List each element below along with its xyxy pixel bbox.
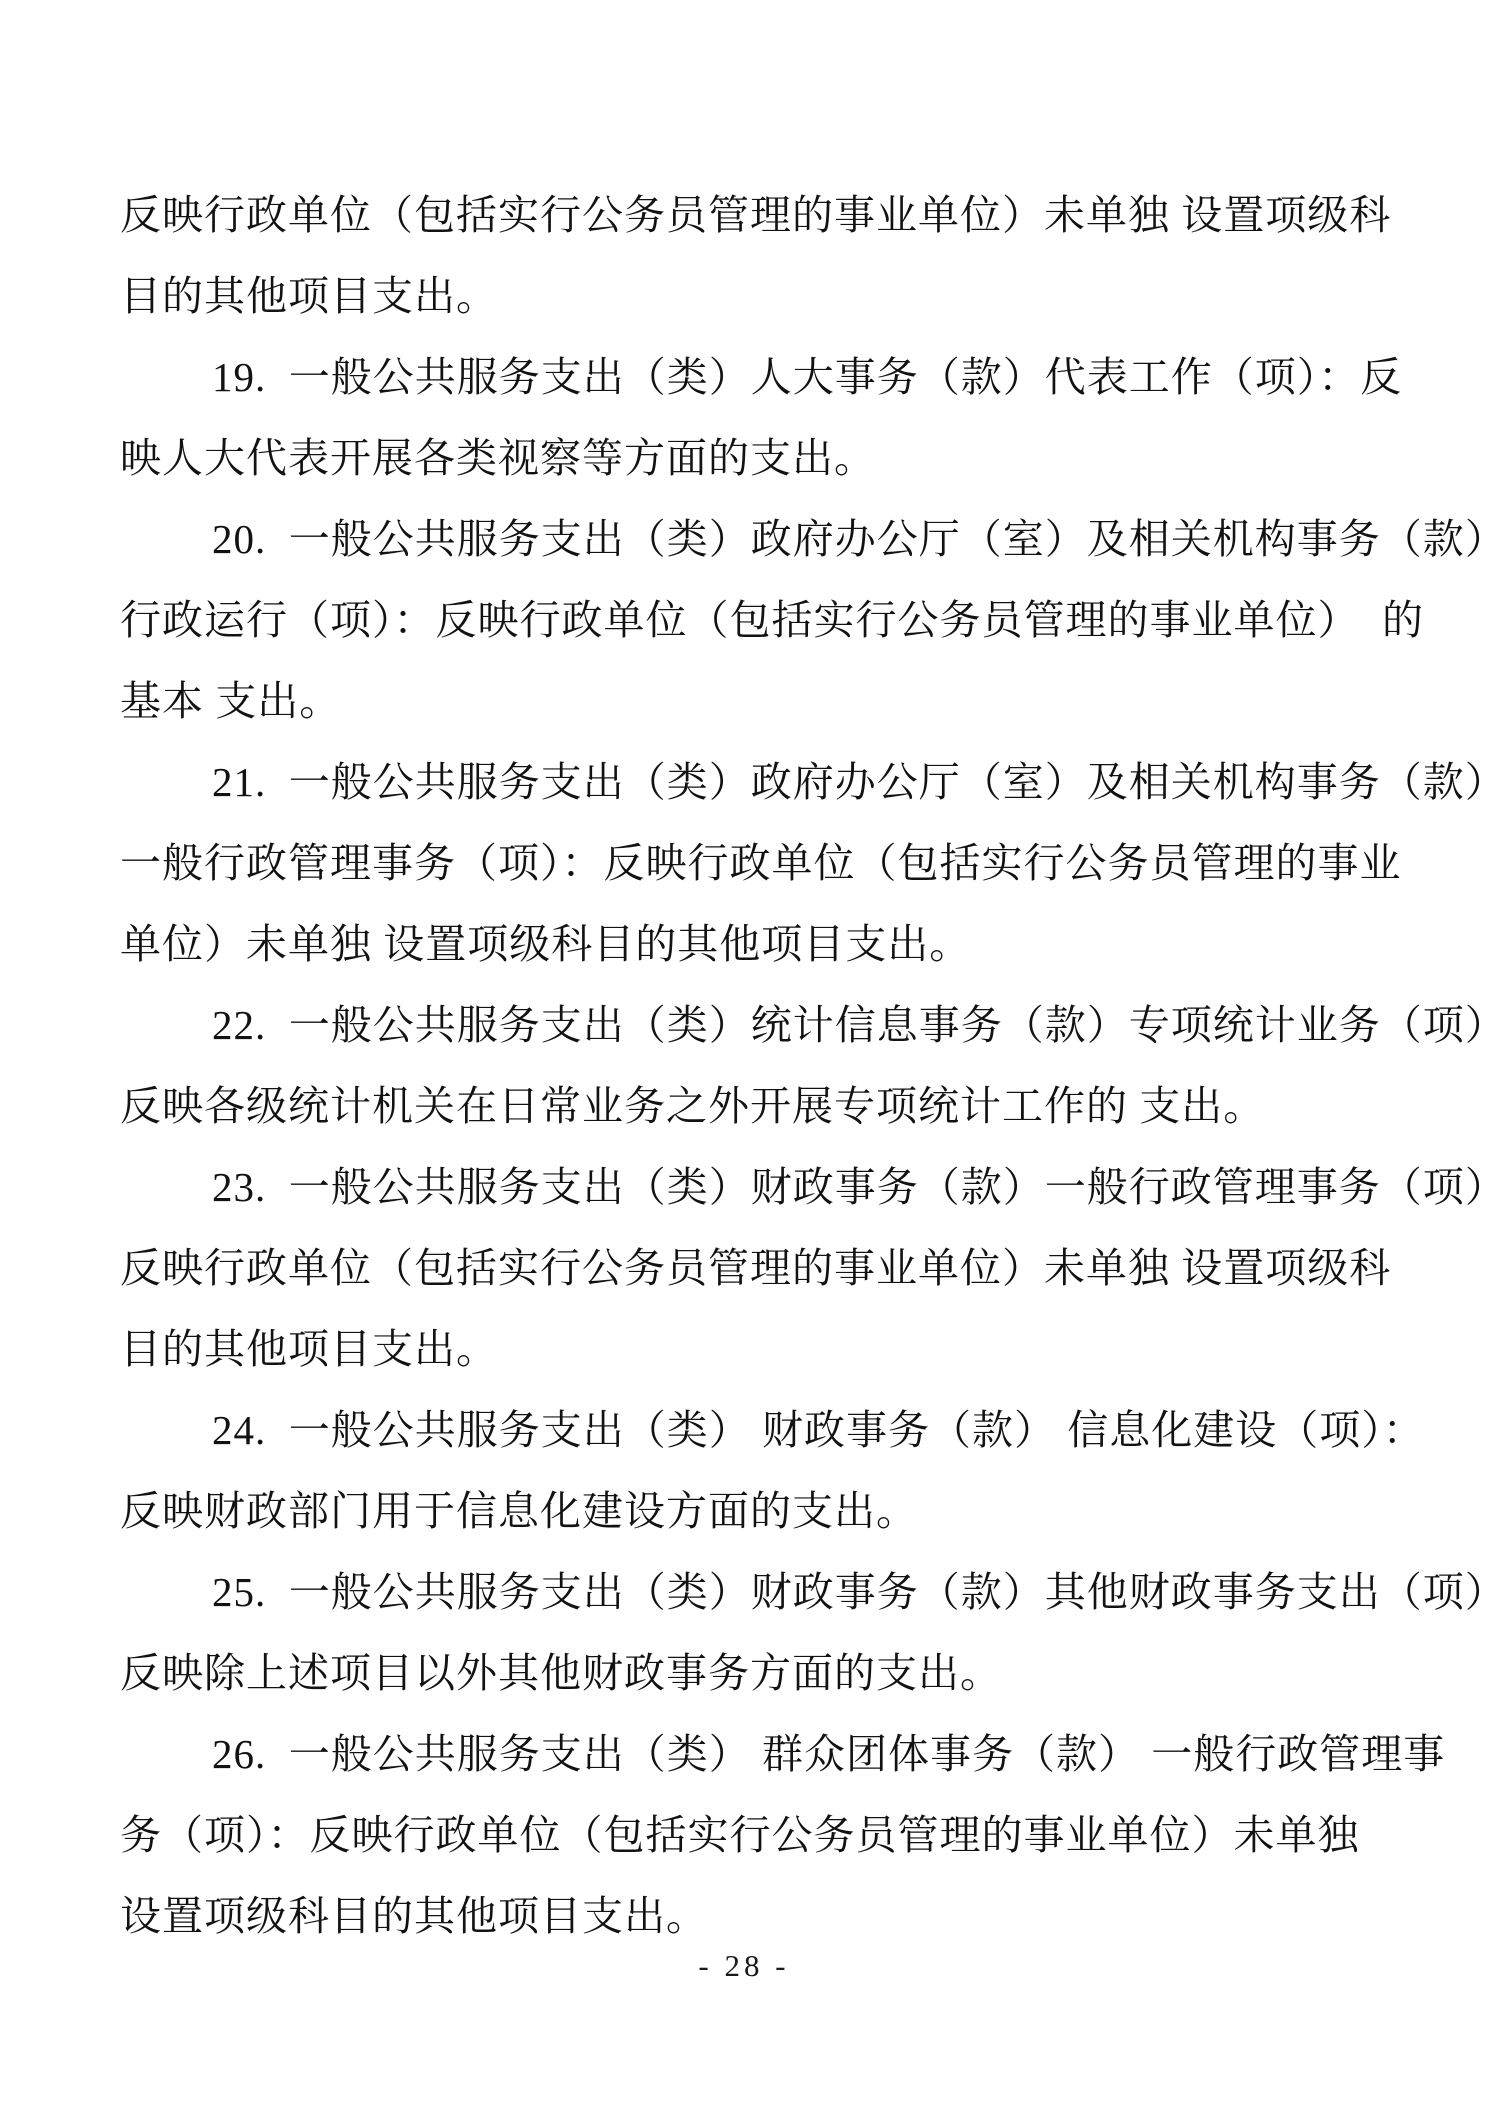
text-line: 基本 支出。: [120, 678, 341, 725]
text-line-item-26: 26. 一般公共服务支出（类） 群众团体事务（款） 一般行政管理事: [212, 1731, 1445, 1778]
text-line: 务（项）：反映行政单位（包括实行公务员管理的事业单位）未单独: [120, 1812, 1360, 1859]
text-line: 反映行政单位（包括实行公务员管理的事业单位）未单独 设置项级科: [120, 1245, 1391, 1292]
text-line: 反映各级统计机关在日常业务之外开展专项统计工作的 支出。: [120, 1083, 1265, 1130]
text-line-item-22: 22. 一般公共服务支出（类）统计信息事务（款）专项统计业务（项）：: [212, 1002, 1488, 1049]
text-line-item-20: 20. 一般公共服务支出（类）政府办公厅（室）及相关机构事务（款）: [212, 516, 1488, 563]
text-line: 一般行政管理事务（项）：反映行政单位（包括实行公务员管理的事业: [120, 840, 1402, 887]
text-line: 设置项级科目的其他项目支出。: [120, 1893, 708, 1940]
text-line-item-24: 24. 一般公共服务支出（类） 财政事务（款） 信息化建设（项）：: [212, 1407, 1425, 1454]
text-line: 反映行政单位（包括实行公务员管理的事业单位）未单独 设置项级科: [120, 192, 1391, 239]
text-line: 反映除上述项目以外其他财政事务方面的支出。: [120, 1650, 1002, 1697]
text-line: 行政运行（项）：反映行政单位（包括实行公务员管理的事业单位） 的: [120, 597, 1424, 644]
text-line: 单位）未单独 设置项级科目的其他项目支出。: [120, 921, 971, 968]
text-line: 反映财政部门用于信息化建设方面的支出。: [120, 1488, 918, 1535]
document-page: 反映行政单位（包括实行公务员管理的事业单位）未单独 设置项级科 目的其他项目支出…: [0, 0, 1488, 2105]
page-number: - 28 -: [0, 1948, 1488, 1984]
text-line: 映人大代表开展各类视察等方面的支出。: [120, 435, 876, 482]
text-line-item-19: 19. 一般公共服务支出（类）人大事务（款）代表工作（项）：反: [212, 354, 1402, 401]
text-line-item-25: 25. 一般公共服务支出（类）财政事务（款）其他财政事务支出（项）：: [212, 1569, 1488, 1616]
text-line-item-23: 23. 一般公共服务支出（类）财政事务（款）一般行政管理事务（项）：: [212, 1164, 1488, 1211]
text-line: 目的其他项目支出。: [120, 1326, 498, 1373]
text-line: 目的其他项目支出。: [120, 273, 498, 320]
text-line-item-21: 21. 一般公共服务支出（类）政府办公厅（室）及相关机构事务（款）: [212, 759, 1488, 806]
